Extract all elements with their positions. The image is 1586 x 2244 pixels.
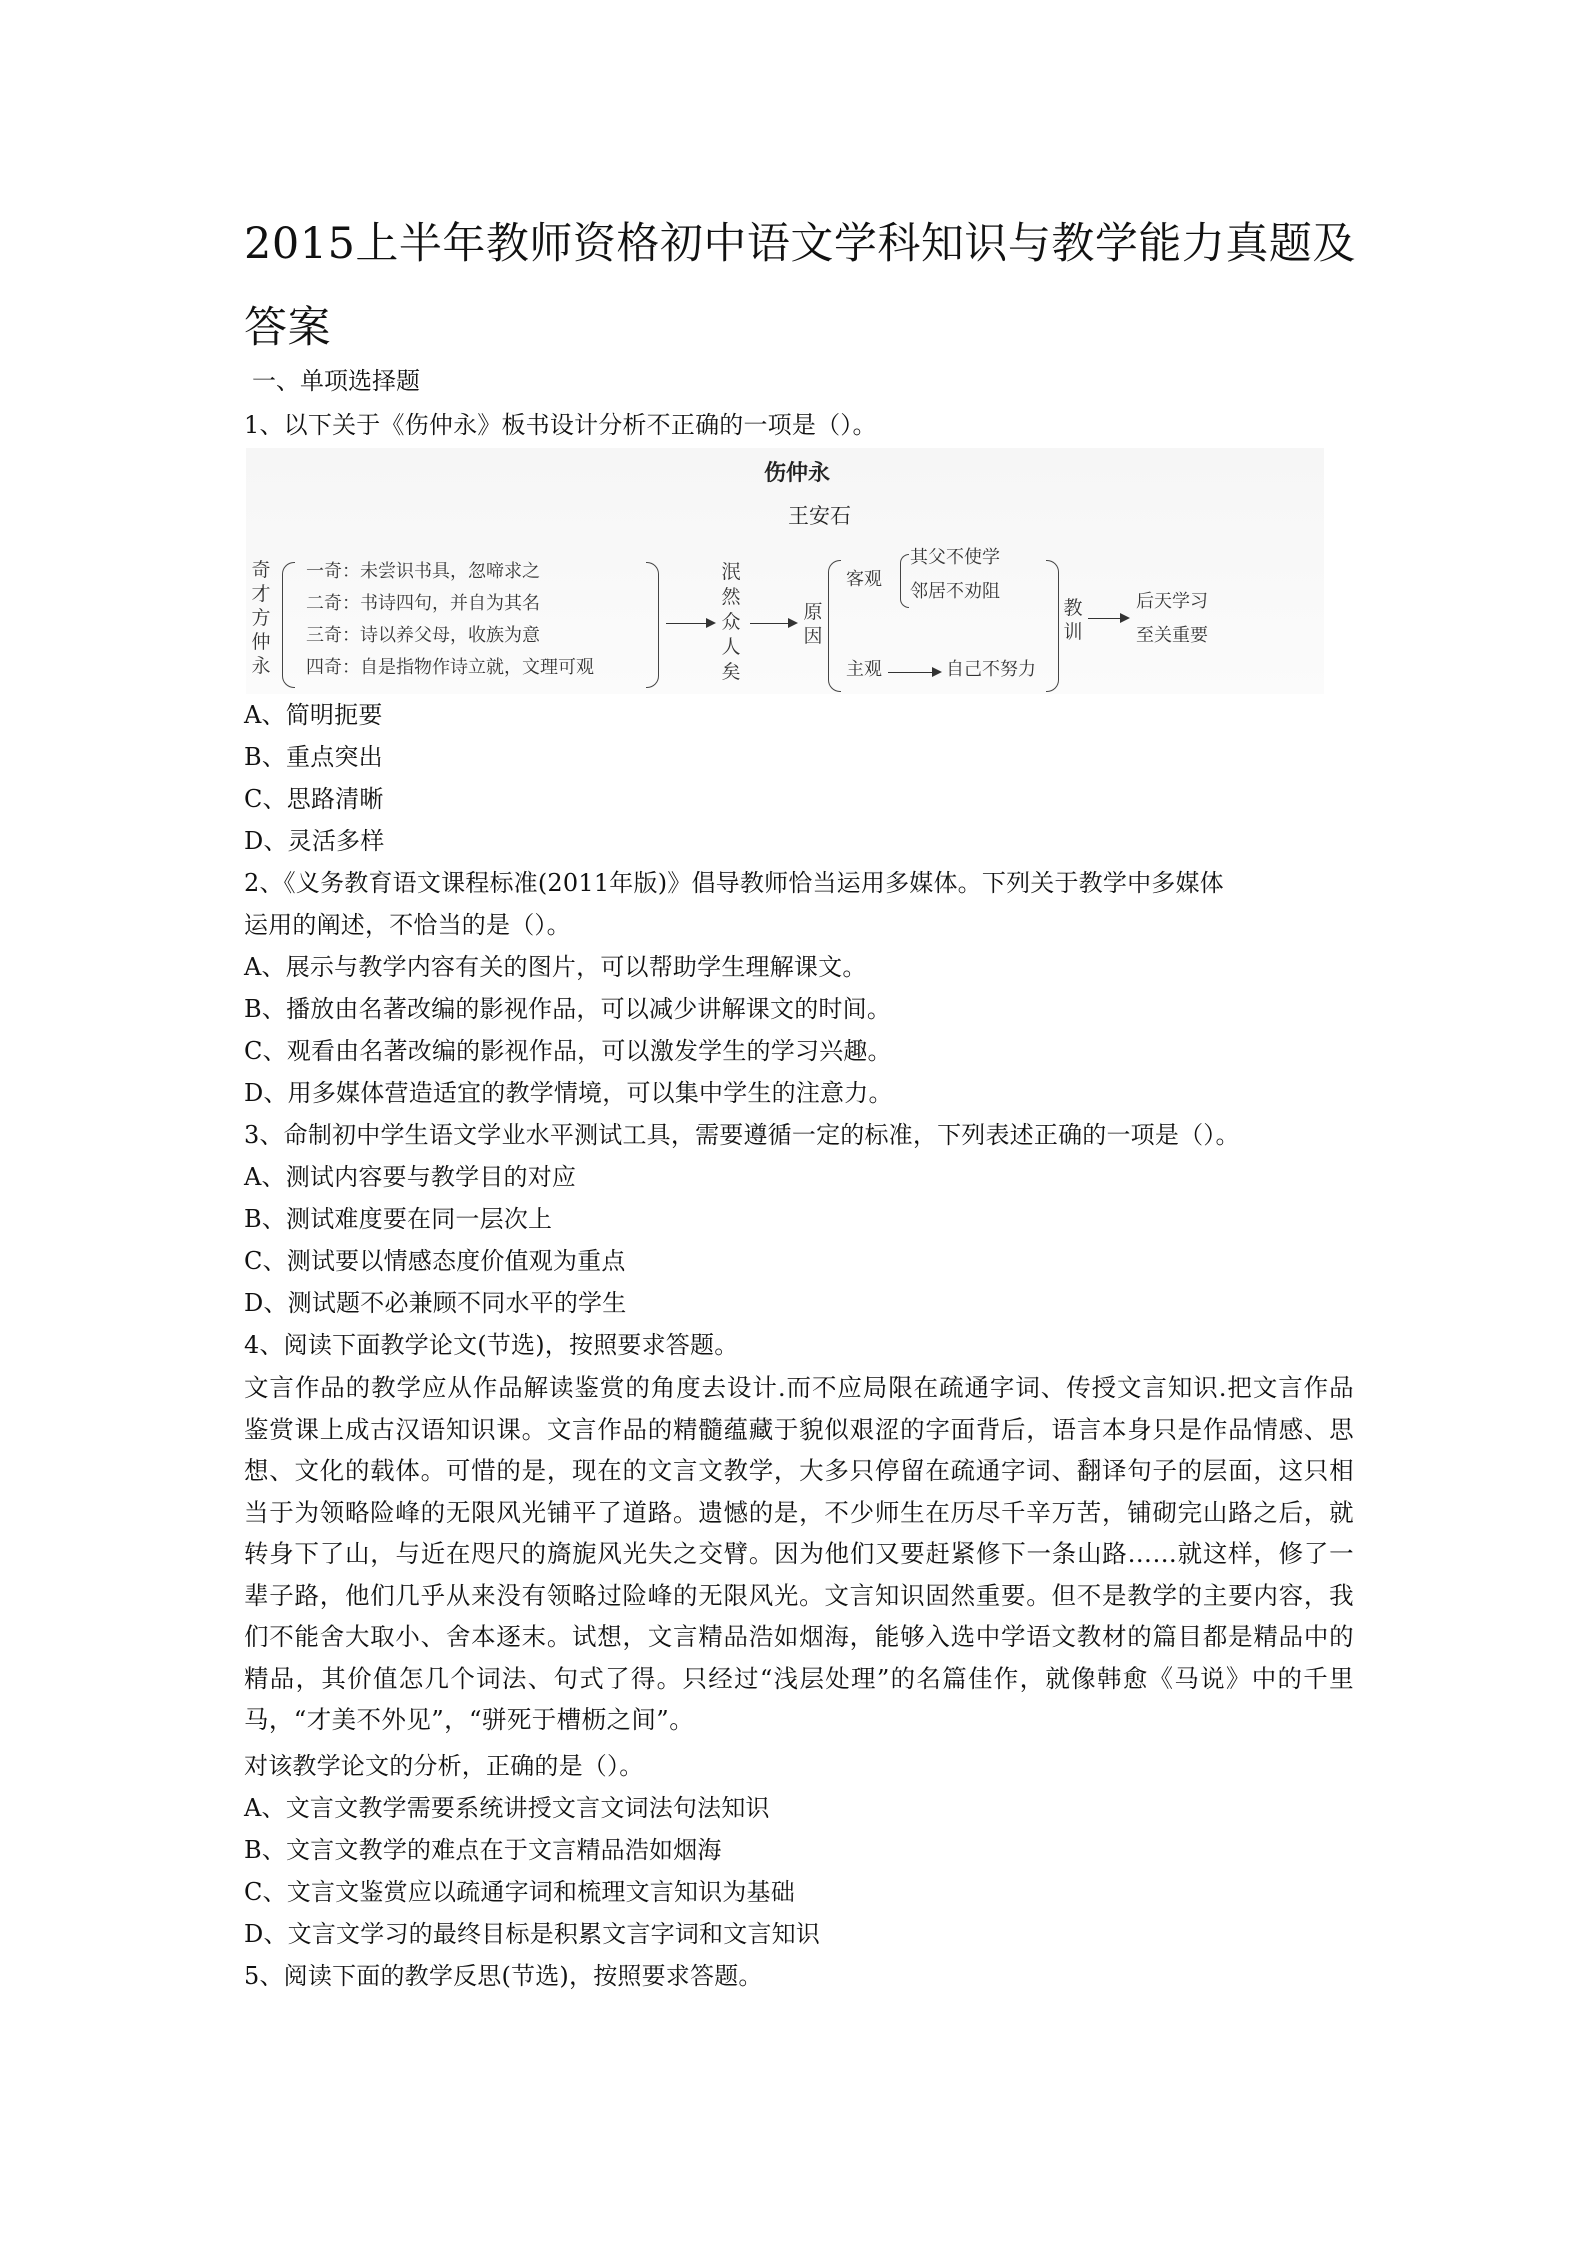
question-3-option-a: A、测试内容要与教学目的对应: [244, 1157, 576, 1197]
question-3-option-c: C、测试要以情感态度价值观为重点: [244, 1241, 626, 1281]
question-4-stem: 4、阅读下面教学论文(节选)，按照要求答题。: [244, 1325, 738, 1365]
question-2-option-d: D、用多媒体营造适宜的教学情境，可以集中学生的注意力。: [244, 1073, 893, 1113]
figure-subjective-label: 主观: [846, 654, 882, 686]
question-4-option-a: A、文言文教学需要系统讲授文言文词法句法知识: [244, 1788, 770, 1828]
section-heading: 一、单项选择题: [252, 361, 420, 401]
question-4-option-b: B、文言文教学的难点在于文言精品浩如烟海: [244, 1830, 722, 1870]
question-4-option-d: D、文言文学习的最终目标是积累文言字词和文言知识: [244, 1914, 820, 1954]
question-3-option-d: D、测试题不必兼顾不同水平的学生: [244, 1283, 626, 1323]
question-3-stem: 3、命制初中学生语文学业水平测试工具，需要遵循一定的标准，下列表述正确的一项是（…: [244, 1115, 1240, 1155]
figure-item-3: 三奇：诗以养父母，收族为意: [306, 620, 540, 652]
question-2-option-b: B、播放由名著改编的影视作品，可以减少讲解课文的时间。: [244, 989, 891, 1029]
left-brace-icon: [282, 562, 295, 688]
question-2-option-c: C、观看由名著改编的影视作品，可以激发学生的学习兴趣。: [244, 1031, 892, 1071]
question-5-stem: 5、阅读下面的教学反思(节选)，按照要求答题。: [244, 1956, 763, 1996]
question-2-stem-line-2: 运用的阐述，不恰当的是（）。: [244, 905, 571, 945]
blackboard-design-figure: 伤仲永 王安石 奇才方仲永 一奇：未尝识书具，忽啼求之 二奇：书诗四句，并自为其…: [246, 448, 1324, 694]
question-2-stem-line-1: 2、《义务教育语文课程标准(2011年版)》倡导教师恰当运用多媒体。下列关于教学…: [244, 863, 1224, 903]
arrow-right-icon: [750, 623, 796, 624]
question-1-option-b: B、重点突出: [244, 737, 383, 777]
question-4-option-c: C、文言文鉴赏应以疏通字词和梳理文言知识为基础: [244, 1872, 795, 1912]
question-4-question: 对该教学论文的分析，正确的是（）。: [244, 1746, 643, 1786]
figure-title: 伤仲永: [764, 456, 830, 487]
question-1-option-a: A、简明扼要: [244, 695, 383, 735]
question-1-option-d: D、灵活多样: [244, 821, 384, 861]
figure-lesson-item-2: 至关重要: [1136, 620, 1208, 652]
figure-subjective-item: 自己不努力: [946, 654, 1036, 686]
right-brace-icon: [1046, 560, 1059, 692]
question-1-stem: 1、以下关于《伤仲永》板书设计分析不正确的一项是（）。: [244, 405, 877, 445]
figure-lesson-item-1: 后天学习: [1136, 586, 1208, 618]
figure-lesson-label: 教训: [1062, 596, 1084, 644]
question-2-option-a: A、展示与教学内容有关的图片，可以帮助学生理解课文。: [244, 947, 867, 987]
figure-objective-item-1: 其父不使学: [910, 542, 1000, 574]
question-4-passage: 文言作品的教学应从作品解读鉴赏的角度去设计.而不应局限在疏通字词、传授文言知识.…: [244, 1367, 1354, 1741]
figure-objective-item-2: 邻居不劝阻: [910, 576, 1000, 608]
left-brace-icon: [828, 560, 841, 692]
right-brace-icon: [646, 562, 659, 688]
figure-author: 王安石: [788, 500, 851, 530]
document-title: 2015上半年教师资格初中语文学科知识与教学能力真题及答案: [244, 202, 1364, 370]
figure-cause-label: 原因: [802, 600, 824, 648]
question-3-option-b: B、测试难度要在同一层次上: [244, 1199, 552, 1239]
arrow-right-icon: [666, 623, 714, 624]
figure-item-1: 一奇：未尝识书具，忽啼求之: [306, 556, 540, 588]
left-brace-icon: [900, 554, 909, 608]
figure-result: 泯然众人矣: [720, 560, 742, 685]
arrow-right-icon: [1088, 618, 1128, 619]
figure-objective-label: 客观: [846, 564, 882, 596]
question-1-option-c: C、思路清晰: [244, 779, 384, 819]
figure-item-4: 四奇：自是指物作诗立就，文理可观: [306, 652, 594, 684]
figure-left-label: 奇才方仲永: [250, 558, 272, 678]
arrow-right-icon: [888, 672, 940, 673]
figure-item-2: 二奇：书诗四句，并自为其名: [306, 588, 540, 620]
